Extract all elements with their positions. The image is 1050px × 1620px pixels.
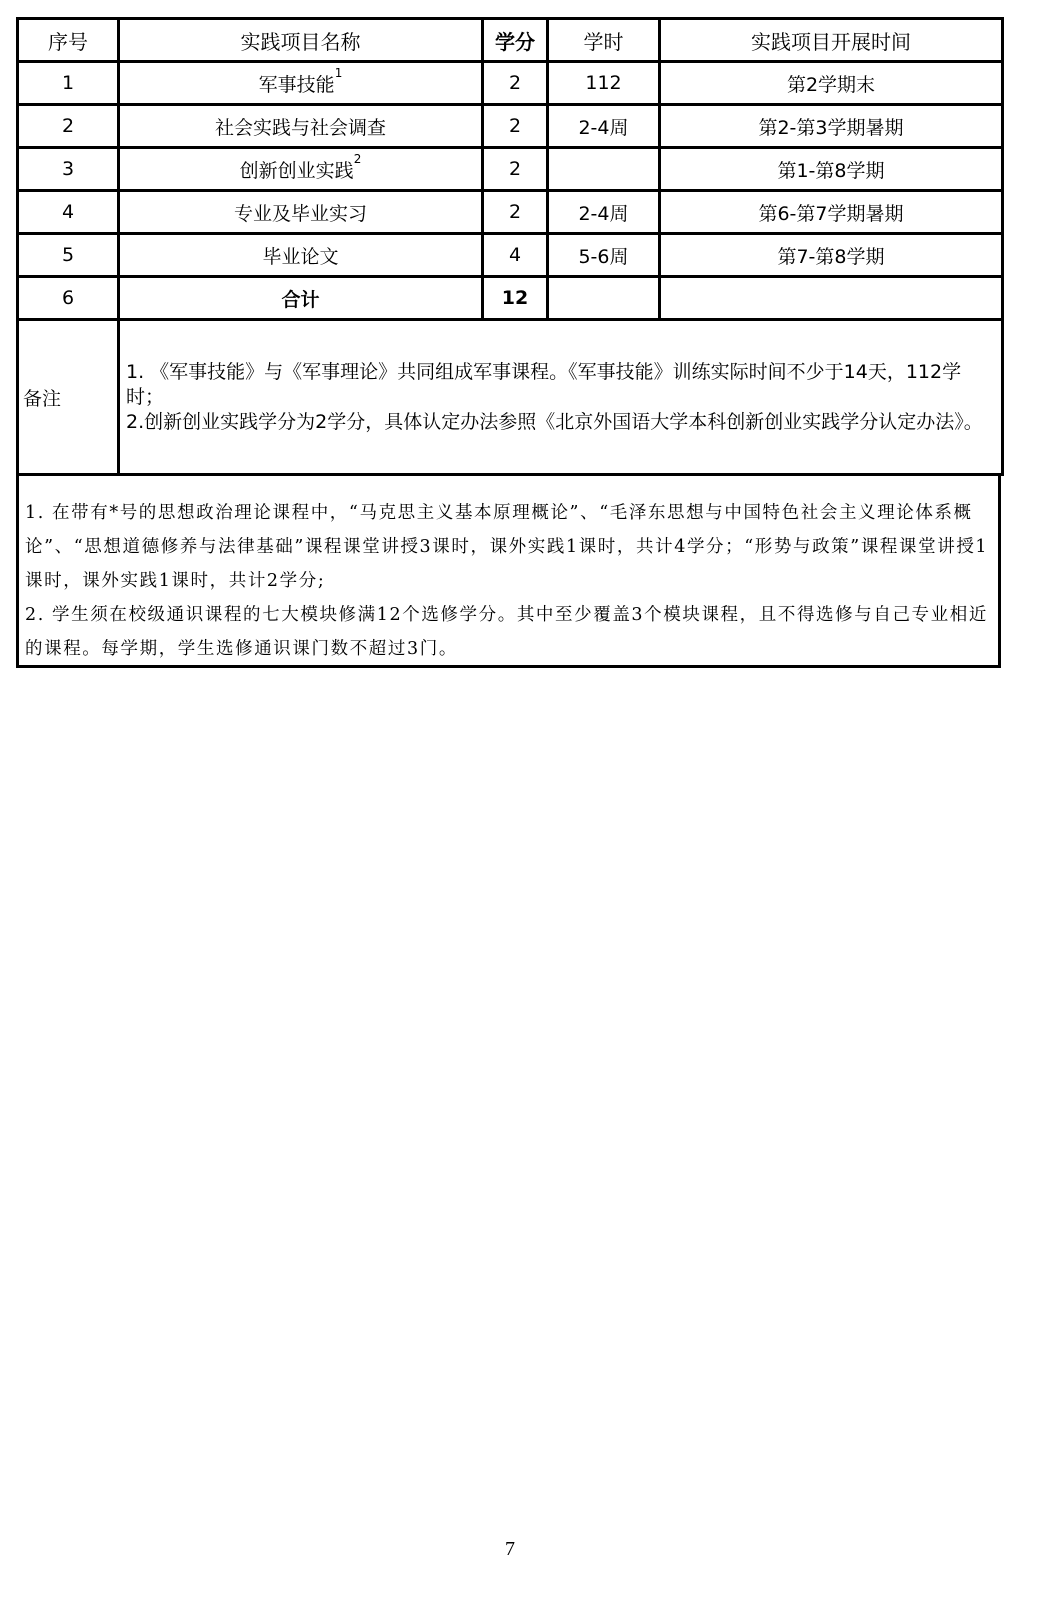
remark-line: 2.创新创业实践学分为2学分，具体认定办法参照《北京外国语大学本科创新创业实践学… [126,410,995,435]
cell-index: 1 [18,62,119,105]
cell-hours: 112 [548,62,660,105]
cell-schedule: 第2-第3学期暑期 [660,105,1003,148]
remarks-body: 1. 《军事技能》与《军事理论》共同组成军事课程。《军事技能》训练实际时间不少于… [119,320,1003,475]
cell-hours: 2-4周 [548,105,660,148]
footnotes-box: 1. 在带有*号的思想政治理论课程中，“马克思主义基本原理概论”、“毛泽东思想与… [16,476,1001,668]
header-name: 实践项目名称 [119,19,483,62]
cell-credits: 2 [483,191,548,234]
table-row: 5 毕业论文 4 5-6周 第7-第8学期 [18,234,1003,277]
header-schedule: 实践项目开展时间 [660,19,1003,62]
table-row: 4 专业及毕业实习 2 2-4周 第6-第7学期暑期 [18,191,1003,234]
cell-index: 5 [18,234,119,277]
cell-schedule: 第1-第8学期 [660,148,1003,191]
remark-line: 1. 《军事技能》与《军事理论》共同组成军事课程。《军事技能》训练实际时间不少于… [126,360,995,410]
footnote-marker: 2 [354,152,362,166]
table-row: 1 军事技能1 2 112 第2学期末 [18,62,1003,105]
cell-name: 毕业论文 [119,234,483,277]
cell-hours: 5-6周 [548,234,660,277]
cell-credits: 2 [483,62,548,105]
table-header-row: 序号 实践项目名称 学分 学时 实践项目开展时间 [18,19,1003,62]
footnote-marker: 1 [335,66,343,80]
cell-schedule: 第6-第7学期暑期 [660,191,1003,234]
cell-hours: 2-4周 [548,191,660,234]
cell-name: 社会实践与社会调查 [119,105,483,148]
table-row: 2 社会实践与社会调查 2 2-4周 第2-第3学期暑期 [18,105,1003,148]
cell-credits: 2 [483,105,548,148]
cell-schedule: 第7-第8学期 [660,234,1003,277]
total-schedule [660,277,1003,320]
cell-credits: 2 [483,148,548,191]
total-row: 6 合计 12 [18,277,1003,320]
cell-hours [548,148,660,191]
remarks-row: 备注 1. 《军事技能》与《军事理论》共同组成军事课程。《军事技能》训练实际时间… [18,320,1003,475]
total-hours [548,277,660,320]
header-credits: 学分 [483,19,548,62]
cell-name: 创新创业实践2 [119,148,483,191]
header-index: 序号 [18,19,119,62]
practice-projects-table: 序号 实践项目名称 学分 学时 实践项目开展时间 1 军事技能1 2 112 第… [16,17,1004,476]
cell-index: 6 [18,277,119,320]
footnote-1: 1. 在带有*号的思想政治理论课程中，“马克思主义基本原理概论”、“毛泽东思想与… [25,496,992,598]
cell-credits: 4 [483,234,548,277]
total-label: 合计 [119,277,483,320]
total-credits: 12 [483,277,548,320]
cell-index: 4 [18,191,119,234]
remarks-label: 备注 [18,320,119,475]
cell-name: 专业及毕业实习 [119,191,483,234]
cell-name: 军事技能1 [119,62,483,105]
page-number: 7 [0,1538,1020,1561]
cell-index: 2 [18,105,119,148]
document-page: 序号 实践项目名称 学分 学时 实践项目开展时间 1 军事技能1 2 112 第… [16,17,1001,668]
table-row: 3 创新创业实践2 2 第1-第8学期 [18,148,1003,191]
header-hours: 学时 [548,19,660,62]
cell-index: 3 [18,148,119,191]
cell-schedule: 第2学期末 [660,62,1003,105]
footnote-2: 2. 学生须在校级通识课程的七大模块修满12个选修学分。其中至少覆盖3个模块课程… [25,598,992,666]
